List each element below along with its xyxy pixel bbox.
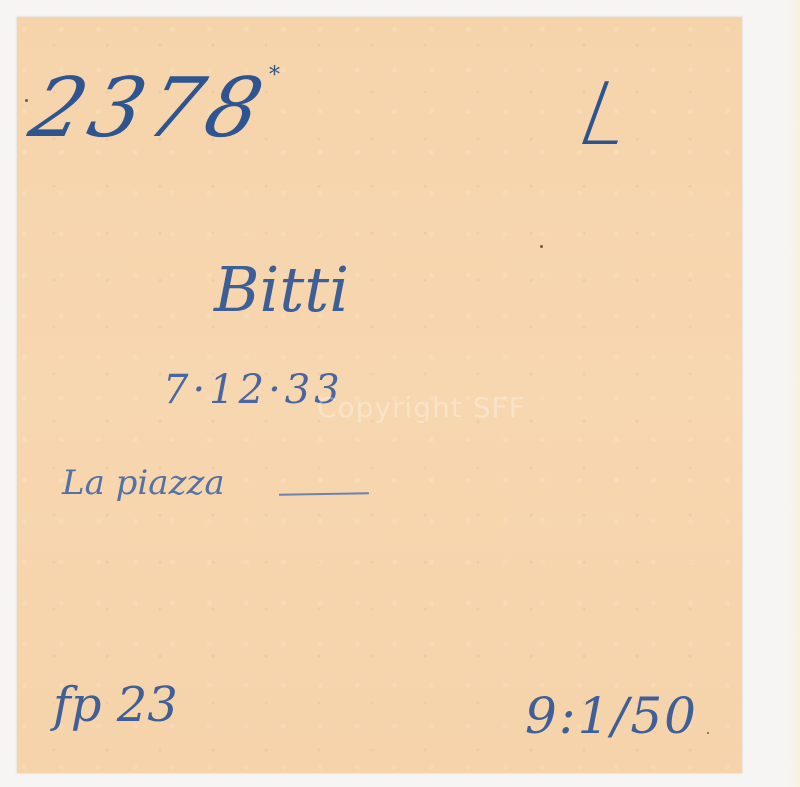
film-reference: fp 23 [53, 677, 178, 733]
catalog-asterisk: * [269, 63, 280, 88]
caption-underline [279, 492, 369, 496]
catalog-number: 2378 [21, 61, 277, 156]
exposure-setting: 9:1/50 [525, 687, 698, 745]
series-letter: L [564, 65, 648, 165]
paper-speck [540, 245, 543, 248]
place-name: Bitti [214, 253, 349, 326]
paper-speck [25, 99, 28, 102]
back-sheet-edge [790, 0, 800, 787]
paper-speck [707, 732, 709, 734]
caption: La piazza [62, 463, 225, 503]
watermark: Copyright SFF [317, 391, 526, 424]
archive-card: 2378 * L Bitti 7·12·33 Copyright SFF La … [17, 17, 742, 773]
